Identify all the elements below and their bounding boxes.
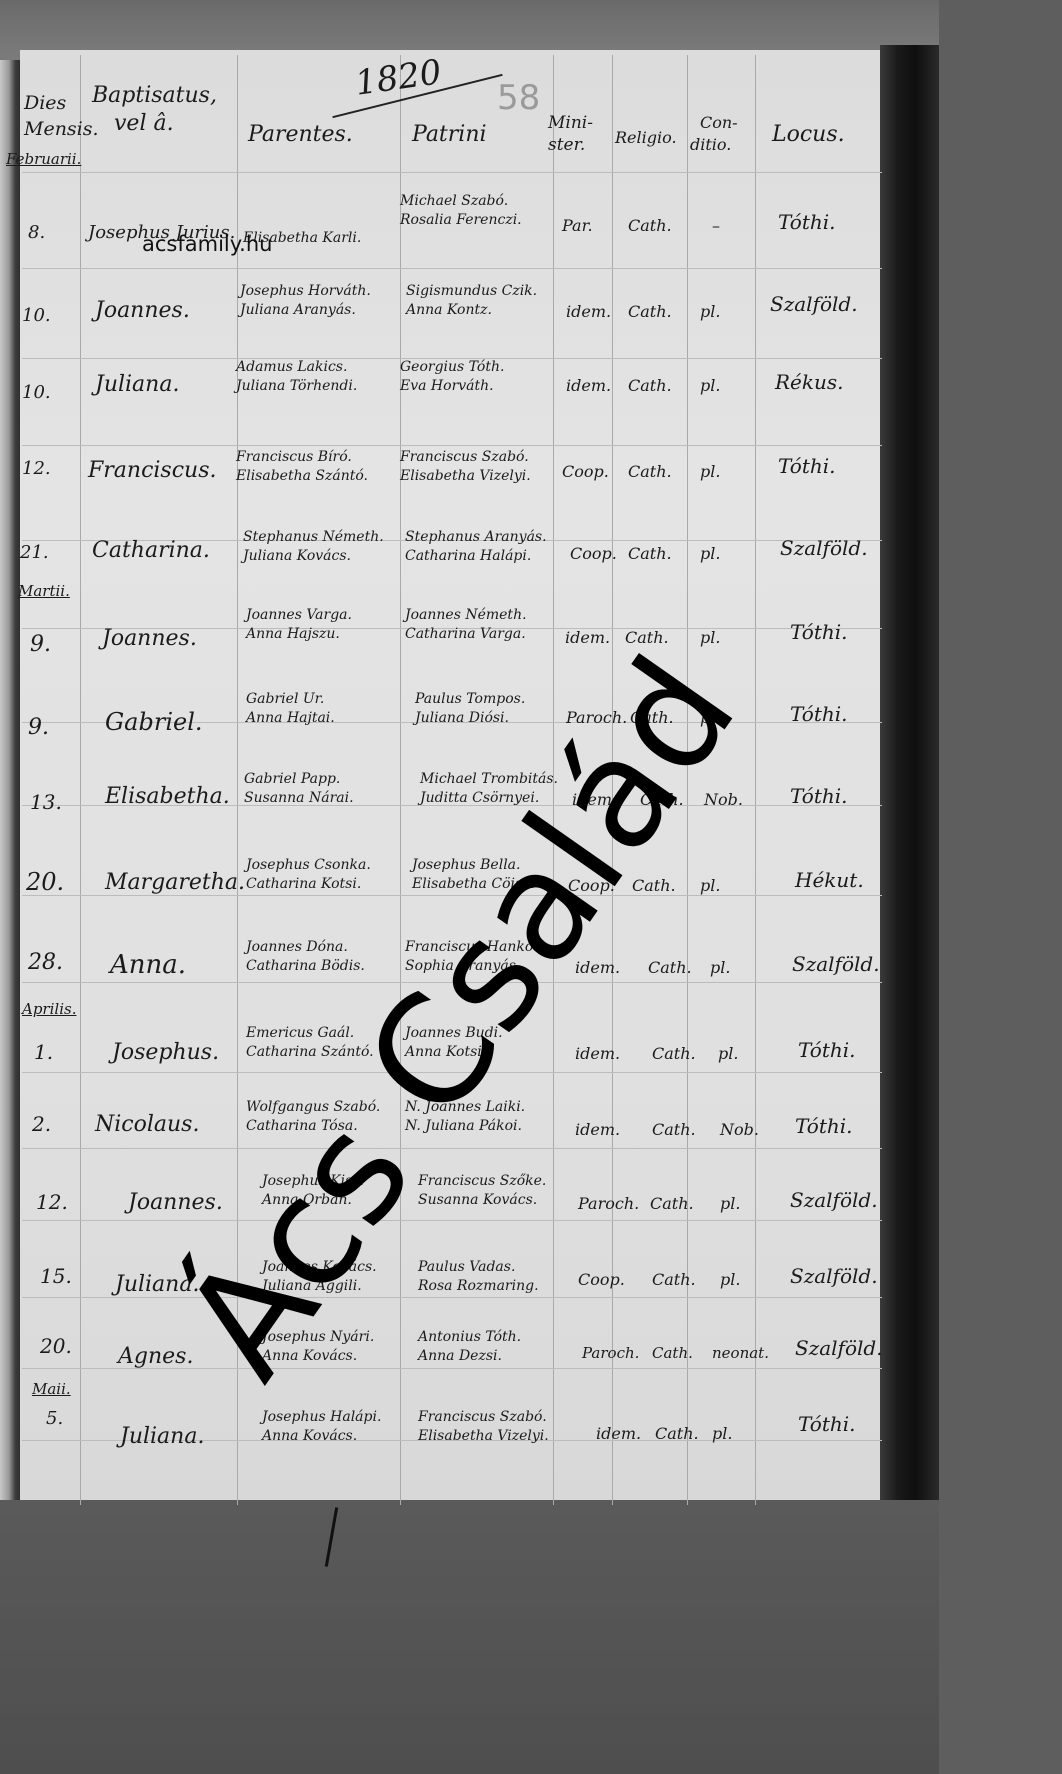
column-rule: [755, 55, 756, 1505]
mother: Juliana Kovács.: [243, 547, 384, 566]
entry-minister: idem.: [575, 1120, 620, 1139]
entry-religion: Cath.: [648, 958, 692, 977]
entry-baptized-name: Franciscus.: [88, 458, 217, 483]
header-baptisatus: Baptisatus, vel â.: [92, 82, 217, 138]
entry-day: 15.: [40, 1264, 72, 1288]
godmother: Catharina Varga.: [405, 625, 527, 644]
header-minister: Mini- ster.: [548, 112, 593, 156]
father: Joannes Dóna.: [246, 938, 365, 957]
entry-minister: idem.: [565, 628, 610, 647]
father: Franciscus Bíró.: [236, 448, 368, 467]
column-rule: [400, 55, 401, 1505]
month-martii: Martii.: [18, 582, 70, 600]
entry-place: Szalföld.: [790, 1188, 878, 1212]
father: Gabriel Papp.: [244, 770, 354, 789]
header-line: ster.: [548, 134, 593, 156]
father: Joannes Varga.: [246, 606, 352, 625]
entry-godparents: Michael Szabó.Rosalia Ferenczi.: [400, 192, 522, 230]
godmother: Anna Dezsi.: [418, 1347, 521, 1366]
mother: Catharina Bödis.: [246, 957, 365, 976]
father: [243, 210, 361, 229]
mother: Susanna Nárai.: [244, 789, 354, 808]
entry-place: Tóthi.: [790, 620, 848, 644]
header-line: vel â.: [92, 110, 217, 138]
godfather: Franciscus Szabó.: [400, 448, 531, 467]
entry-minister: idem.: [566, 376, 611, 395]
entry-minister: Par.: [562, 216, 593, 235]
entry-day: 13.: [30, 790, 62, 814]
header-line: Con-: [690, 112, 738, 134]
godmother: Elisabetha Vizelyi.: [400, 467, 531, 486]
godmother: Eva Horváth.: [400, 377, 504, 396]
entry-baptized-name: Juliana.: [120, 1424, 204, 1449]
entry-place: Hékut.: [795, 868, 864, 892]
entry-day: 20.: [26, 868, 64, 896]
entry-baptized-name: Juliana.: [95, 372, 179, 397]
mother: Juliana Törhendi.: [236, 377, 357, 396]
entry-baptized-name: Margaretha.: [105, 870, 245, 895]
column-rule: [80, 55, 81, 1505]
bottom-margin-shadow: [0, 1500, 939, 1774]
entry-place: Tóthi.: [778, 210, 836, 234]
godmother: Anna Kontz.: [406, 301, 537, 320]
entry-day: 20.: [40, 1334, 72, 1358]
row-rule: [22, 172, 882, 173]
godfather: Franciscus Szabó.: [418, 1408, 549, 1427]
entry-condition: pl.: [700, 376, 720, 395]
entry-day: 9.: [30, 632, 51, 657]
header-line: Baptisatus,: [92, 82, 217, 110]
header-dies-mensis: Dies Mensis.: [24, 90, 99, 142]
entry-place: Tóthi.: [778, 454, 836, 478]
entry-day: 10.: [22, 382, 51, 403]
entry-day: 8.: [28, 222, 45, 243]
entry-condition: pl.: [700, 628, 720, 647]
entry-condition: Nob.: [720, 1120, 759, 1139]
entry-parents: Josephus Horváth.Juliana Aranyás.: [240, 282, 371, 320]
father: Josephus Horváth.: [240, 282, 371, 301]
entry-day: 2.: [32, 1112, 51, 1136]
entry-day: 21.: [20, 542, 49, 563]
entry-place: Szalföld.: [790, 1264, 878, 1288]
header-parentes: Parentes.: [248, 122, 353, 147]
godfather: Stephanus Aranyás.: [405, 528, 547, 547]
father: Stephanus Németh.: [243, 528, 384, 547]
father: Josephus Csonka.: [246, 856, 371, 875]
entry-parents: Joannes Dóna.Catharina Bödis.: [246, 938, 365, 976]
godfather: Paulus Vadas.: [418, 1258, 539, 1277]
entry-parents: Gabriel Ur.Anna Hajtai.: [246, 690, 335, 728]
month-maii: Maii.: [32, 1380, 71, 1398]
entry-condition: pl.: [720, 1270, 740, 1289]
entry-religion: Cath.: [628, 462, 672, 481]
entry-parents: Josephus Halápi.Anna Kovács.: [262, 1408, 381, 1446]
entry-godparents: Sigismundus Czik.Anna Kontz.: [406, 282, 537, 320]
father: Adamus Lakics.: [236, 358, 357, 377]
entry-religion: Cath.: [628, 376, 672, 395]
entry-parents: Adamus Lakics.Juliana Törhendi.: [236, 358, 357, 396]
entry-condition: –: [712, 216, 720, 235]
entry-day: 12.: [36, 1190, 68, 1214]
entry-condition: neonat.: [712, 1344, 769, 1362]
entry-condition: pl.: [700, 302, 720, 321]
godfather: Antonius Tóth.: [418, 1328, 521, 1347]
entry-day: 12.: [22, 458, 51, 479]
entry-religion: Cath.: [655, 1424, 699, 1443]
entry-religion: Cath.: [652, 1120, 696, 1139]
godfather: Paulus Tompos.: [415, 690, 525, 709]
entry-religion: Cath.: [650, 1194, 694, 1213]
entry-day: 28.: [28, 950, 63, 975]
entry-condition: pl.: [718, 1044, 738, 1063]
father: Gabriel Ur.: [246, 690, 335, 709]
entry-place: Szalföld.: [770, 292, 858, 316]
entry-place: Tóthi.: [798, 1412, 856, 1436]
entry-godparents: Paulus Tompos.Juliana Diósi.: [415, 690, 525, 728]
entry-baptized-name: Agnes.: [118, 1344, 193, 1369]
entry-baptized-name: Nicolaus.: [95, 1112, 199, 1137]
godfather: Joannes Németh.: [405, 606, 527, 625]
entry-godparents: Franciscus Szabó.Elisabetha Vizelyi.: [418, 1408, 549, 1446]
entry-condition: pl.: [700, 462, 720, 481]
entry-godparents: Stephanus Aranyás.Catharina Halápi.: [405, 528, 547, 566]
entry-godparents: Paulus Vadas.Rosa Rozmaring.: [418, 1258, 539, 1296]
entry-condition: pl.: [700, 876, 720, 895]
entry-place: Rékus.: [775, 370, 844, 394]
entry-baptized-name: Josephus.: [112, 1040, 219, 1065]
godfather: Sigismundus Czik.: [406, 282, 537, 301]
entry-place: Szalföld.: [795, 1336, 883, 1360]
entry-minister: idem.: [566, 302, 611, 321]
watermark-url: acsfamily.hu: [142, 232, 272, 256]
header-line: Dies: [24, 90, 99, 116]
mother: Anna Hajtai.: [246, 709, 335, 728]
entry-place: Tóthi.: [798, 1038, 856, 1062]
mother: Anna Hajszu.: [246, 625, 352, 644]
entry-place: Szalföld.: [792, 952, 880, 976]
godmother: Rosa Rozmaring.: [418, 1277, 539, 1296]
entry-religion: Cath.: [628, 302, 672, 321]
mother: Anna Kovács.: [262, 1427, 381, 1446]
header-line: ditio.: [690, 134, 738, 156]
entry-godparents: Georgius Tóth.Eva Horváth.: [400, 358, 504, 396]
father: Josephus Halápi.: [262, 1408, 381, 1427]
godfather: Georgius Tóth.: [400, 358, 504, 377]
entry-religion: Cath.: [628, 544, 672, 563]
entry-condition: pl.: [712, 1424, 732, 1443]
header-line: Mini-: [548, 112, 593, 134]
entry-baptized-name: Anna.: [110, 950, 186, 980]
entry-condition: pl.: [710, 958, 730, 977]
entry-religion: Cath.: [628, 216, 672, 235]
entry-religion: Cath.: [652, 1044, 696, 1063]
page-number: 58: [497, 78, 540, 118]
entry-place: Tóthi.: [790, 702, 848, 726]
godmother: Rosalia Ferenczi.: [400, 211, 522, 230]
entry-parents: Franciscus Bíró.Elisabetha Szántó.: [236, 448, 368, 486]
mother: Catharina Kotsi.: [246, 875, 371, 894]
entry-day: 1.: [34, 1040, 53, 1064]
entry-condition: pl.: [720, 1194, 740, 1213]
entry-minister: idem.: [596, 1424, 641, 1443]
header-line: Mensis.: [24, 116, 99, 142]
entry-place: Tóthi.: [795, 1114, 853, 1138]
entry-baptized-name: Gabriel.: [105, 708, 203, 736]
entry-baptized-name: Joannes.: [95, 298, 190, 323]
mother: Juliana Aranyás.: [240, 301, 371, 320]
header-patrini: Patrini: [412, 122, 487, 147]
entry-place: Szalföld.: [780, 536, 868, 560]
entry-baptized-name: Elisabetha.: [105, 784, 230, 809]
entry-minister: Coop.: [562, 462, 609, 481]
row-rule: [22, 1220, 882, 1221]
entry-godparents: Franciscus Szabó.Elisabetha Vizelyi.: [400, 448, 531, 486]
entry-minister: Paroch.: [582, 1344, 639, 1362]
row-rule: [22, 1297, 882, 1298]
entry-day: 10.: [22, 305, 51, 326]
month-aprilis: Aprilis.: [22, 1000, 76, 1018]
godmother: Catharina Halápi.: [405, 547, 547, 566]
entry-religion: Cath.: [652, 1344, 693, 1362]
entry-day: 9.: [28, 715, 49, 740]
godmother: Juliana Diósi.: [415, 709, 525, 728]
entry-parents: Gabriel Papp.Susanna Nárai.: [244, 770, 354, 808]
mother: Elisabetha Szántó.: [236, 467, 368, 486]
entry-religion: Cath.: [652, 1270, 696, 1289]
header-religio: Religio.: [615, 128, 677, 147]
entry-minister: Coop.: [570, 544, 617, 563]
entry-minister: idem.: [575, 1044, 620, 1063]
entry-godparents: Joannes Németh.Catharina Varga.: [405, 606, 527, 644]
entry-day: 5.: [46, 1408, 63, 1429]
month-februarii: Februarii.: [6, 150, 81, 168]
godfather: Michael Szabó.: [400, 192, 522, 211]
previous-page-edge: [0, 60, 22, 1500]
row-rule: [22, 445, 882, 446]
entry-condition: pl.: [700, 544, 720, 563]
entry-parents: Josephus Csonka.Catharina Kotsi.: [246, 856, 371, 894]
book-spine: [880, 45, 939, 1505]
entry-parents: Joannes Varga.Anna Hajszu.: [246, 606, 352, 644]
header-locus: Locus.: [772, 122, 845, 147]
entry-minister: Paroch.: [578, 1194, 639, 1213]
entry-minister: Coop.: [578, 1270, 625, 1289]
entry-baptized-name: Joannes.: [102, 626, 197, 651]
row-rule: [22, 268, 882, 269]
entry-parents: Stephanus Németh.Juliana Kovács.: [243, 528, 384, 566]
entry-godparents: Antonius Tóth.Anna Dezsi.: [418, 1328, 521, 1366]
entry-baptized-name: Catharina.: [92, 538, 210, 563]
header-conditio: Con- ditio.: [690, 112, 738, 156]
godmother: Elisabetha Vizelyi.: [418, 1427, 549, 1446]
entry-baptized-name: Joannes.: [128, 1190, 223, 1215]
entry-place: Tóthi.: [790, 784, 848, 808]
